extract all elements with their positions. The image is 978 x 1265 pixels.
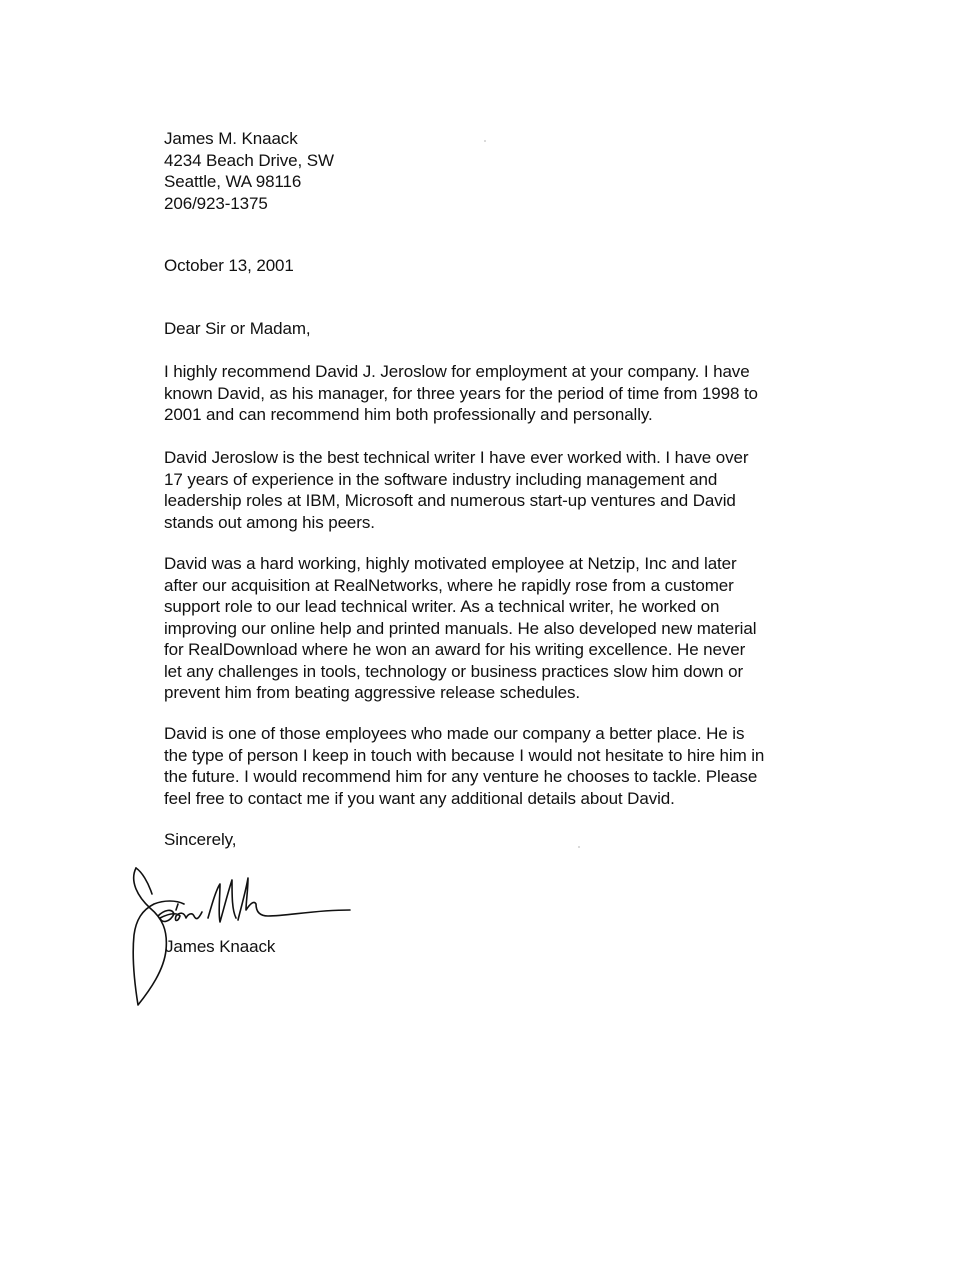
letter-date: October 13, 2001 — [164, 255, 294, 277]
paragraph-line: known David, as his manager, for three y… — [164, 383, 758, 405]
paragraph-line: the type of person I keep in touch with … — [164, 745, 764, 767]
sender-address-block: James M. Knaack 4234 Beach Drive, SW Sea… — [164, 128, 334, 214]
paragraph-line: I highly recommend David J. Jeroslow for… — [164, 361, 758, 383]
paragraph-line: feel free to contact me if you want any … — [164, 788, 764, 810]
paragraph-line: David Jeroslow is the best technical wri… — [164, 447, 748, 469]
scan-speck — [484, 140, 486, 142]
sender-name: James M. Knaack — [164, 128, 334, 150]
sender-phone: 206/923-1375 — [164, 193, 334, 215]
paragraph-line: support role to our lead technical write… — [164, 596, 756, 618]
paragraph-line: David is one of those employees who made… — [164, 723, 764, 745]
paragraph-line: 17 years of experience in the software i… — [164, 469, 748, 491]
sender-street: 4234 Beach Drive, SW — [164, 150, 334, 172]
paragraph-line: stands out among his peers. — [164, 512, 748, 534]
body-paragraph-2: David Jeroslow is the best technical wri… — [164, 447, 748, 533]
signer-name: James Knaack — [165, 936, 275, 958]
body-paragraph-4: David is one of those employees who made… — [164, 723, 764, 809]
paragraph-line: 2001 and can recommend him both professi… — [164, 404, 758, 426]
sender-city-state-zip: Seattle, WA 98116 — [164, 171, 334, 193]
signature-icon — [128, 860, 358, 1010]
paragraph-line: the future. I would recommend him for an… — [164, 766, 764, 788]
scan-speck — [578, 846, 580, 848]
paragraph-line: leadership roles at IBM, Microsoft and n… — [164, 490, 748, 512]
paragraph-line: let any challenges in tools, technology … — [164, 661, 756, 683]
paragraph-line: improving our online help and printed ma… — [164, 618, 756, 640]
paragraph-line: David was a hard working, highly motivat… — [164, 553, 756, 575]
closing: Sincerely, — [164, 829, 236, 851]
salutation: Dear Sir or Madam, — [164, 318, 311, 340]
paragraph-line: prevent him from beating aggressive rele… — [164, 682, 756, 704]
paragraph-line: after our acquisition at RealNetworks, w… — [164, 575, 756, 597]
body-paragraph-1: I highly recommend David J. Jeroslow for… — [164, 361, 758, 426]
letter-page: James M. Knaack 4234 Beach Drive, SW Sea… — [0, 0, 978, 1265]
paragraph-line: for RealDownload where he won an award f… — [164, 639, 756, 661]
body-paragraph-3: David was a hard working, highly motivat… — [164, 553, 756, 704]
